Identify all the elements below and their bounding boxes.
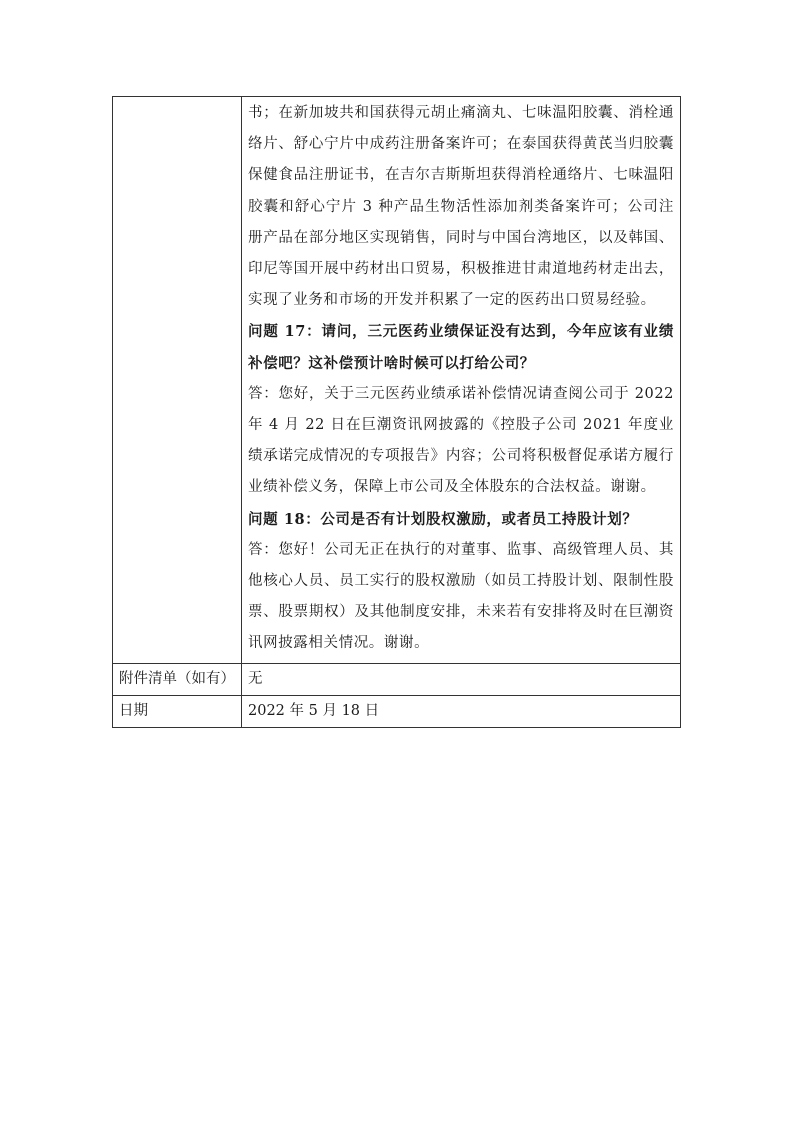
question-18: 问题 18：公司是否有计划股权激励，或者员工持股计划？ <box>248 504 674 535</box>
date-value: 2022 年 5 月 18 日 <box>242 695 681 727</box>
investor-relations-table: 书；在新加坡共和国获得元胡止痛滴丸、七味温阳胶囊、消栓通络片、舒心宁片中成药注册… <box>112 96 681 728</box>
attachments-row: 附件清单（如有） 无 <box>113 663 681 695</box>
qa-row-label <box>113 97 242 664</box>
date-row: 日期 2022 年 5 月 18 日 <box>113 695 681 727</box>
date-label: 日期 <box>113 695 242 727</box>
attachments-label: 附件清单（如有） <box>113 663 242 695</box>
answer-paragraph-continued: 书；在新加坡共和国获得元胡止痛滴丸、七味温阳胶囊、消栓通络片、舒心宁片中成药注册… <box>248 98 674 316</box>
attachments-value: 无 <box>242 663 681 695</box>
answer-18: 答：您好！公司无正在执行的对董事、监事、高级管理人员、其他核心人员、员工实行的股… <box>248 535 674 660</box>
answer-17: 答：您好，关于三元医药业绩承诺补偿情况请查阅公司于 2022 年 4 月 22 … <box>248 379 674 504</box>
qa-row: 书；在新加坡共和国获得元胡止痛滴丸、七味温阳胶囊、消栓通络片、舒心宁片中成药注册… <box>113 97 681 664</box>
question-17: 问题 17：请问，三元医药业绩保证没有达到，今年应该有业绩补偿吧？这补偿预计啥时… <box>248 316 674 378</box>
qa-content: 书；在新加坡共和国获得元胡止痛滴丸、七味温阳胶囊、消栓通络片、舒心宁片中成药注册… <box>242 97 681 664</box>
